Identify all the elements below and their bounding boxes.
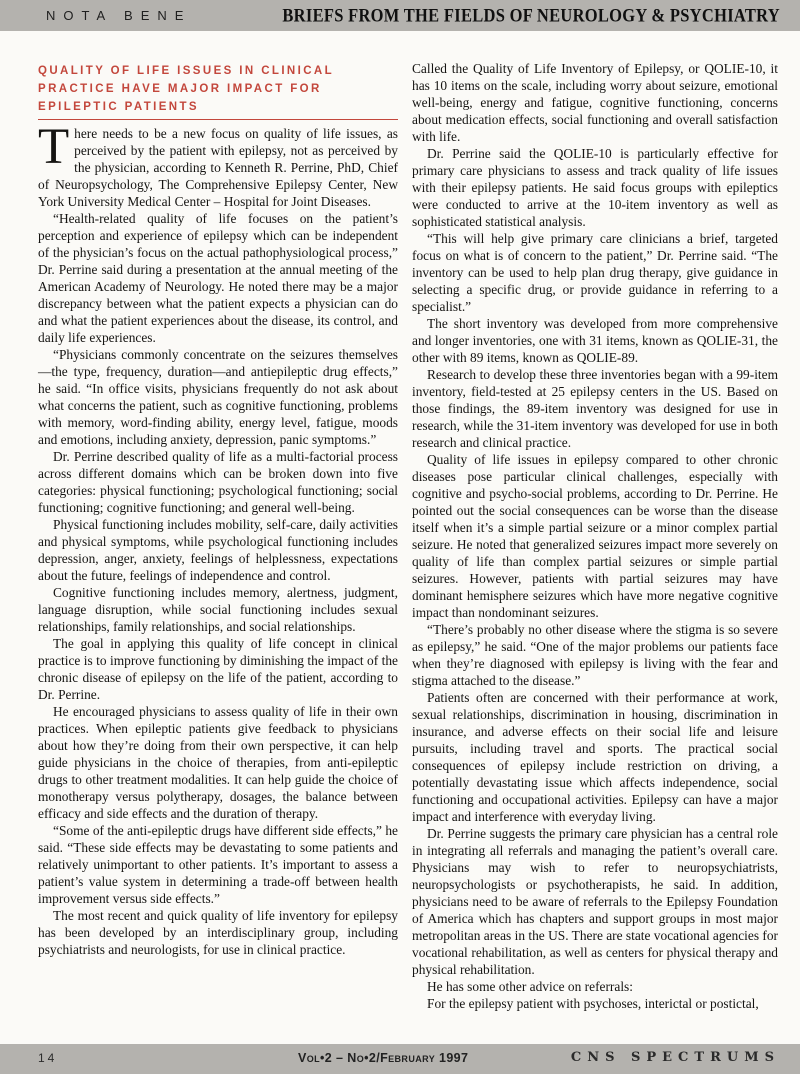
article-body: QUALITY OF LIFE ISSUES IN CLINICAL PRACT… <box>38 60 778 1012</box>
page-header: NOTA BENE BRIEFS FROM THE FIELDS OF NEUR… <box>0 0 800 31</box>
paragraph: Dr. Perrine said the QOLIE-10 is particu… <box>412 145 778 230</box>
left-column: QUALITY OF LIFE ISSUES IN CLINICAL PRACT… <box>38 60 398 1012</box>
header-title: BRIEFS FROM THE FIELDS OF NEUROLOGY & PS… <box>282 4 780 26</box>
article-title: QUALITY OF LIFE ISSUES IN CLINICAL PRACT… <box>38 62 398 120</box>
right-column: Called the Quality of Life Inventory of … <box>412 60 778 1012</box>
paragraph: “This will help give primary care clinic… <box>412 230 778 315</box>
paragraph: He has some other advice on referrals: <box>412 978 778 995</box>
paragraph: Dr. Perrine suggests the primary care ph… <box>412 825 778 978</box>
title-line-3: EPILEPTIC PATIENTS <box>38 98 398 116</box>
paragraph: “Physicians commonly concentrate on the … <box>38 346 398 448</box>
title-line-2: PRACTICE HAVE MAJOR IMPACT FOR <box>38 80 398 98</box>
paragraph: There needs to be a new focus on quality… <box>38 125 398 210</box>
journal-page: NOTA BENE BRIEFS FROM THE FIELDS OF NEUR… <box>0 0 800 1074</box>
page-footer: 14 Vol•2 – No•2/February 1997 CNS SPECTR… <box>0 1044 800 1074</box>
paragraph: The goal in applying this quality of lif… <box>38 635 398 703</box>
paragraph: Dr. Perrine described quality of life as… <box>38 448 398 516</box>
page-number: 14 <box>38 1051 57 1065</box>
paragraph: Patients often are concerned with their … <box>412 689 778 825</box>
paragraph: For the epilepsy patient with psychoses,… <box>412 995 778 1012</box>
paragraph: Called the Quality of Life Inventory of … <box>412 60 778 145</box>
paragraph: He encouraged physicians to assess quali… <box>38 703 398 822</box>
paragraph: Quality of life issues in epilepsy compa… <box>412 451 778 621</box>
paragraph: Cognitive functioning includes memory, a… <box>38 584 398 635</box>
paragraph: “There’s probably no other disease where… <box>412 621 778 689</box>
paragraph: Physical functioning includes mobility, … <box>38 516 398 584</box>
paragraph: “Health-related quality of life focuses … <box>38 210 398 346</box>
paragraph: The most recent and quick quality of lif… <box>38 907 398 958</box>
title-line-1: QUALITY OF LIFE ISSUES IN CLINICAL <box>38 62 398 80</box>
journal-name: CNS SPECTRUMS <box>571 1050 780 1065</box>
paragraph: The short inventory was developed from m… <box>412 315 778 366</box>
issue-info: Vol•2 – No•2/February 1997 <box>298 1051 468 1065</box>
section-label: NOTA BENE <box>46 8 191 23</box>
paragraph: Research to develop these three inventor… <box>412 366 778 451</box>
paragraph: “Some of the anti-epileptic drugs have d… <box>38 822 398 907</box>
